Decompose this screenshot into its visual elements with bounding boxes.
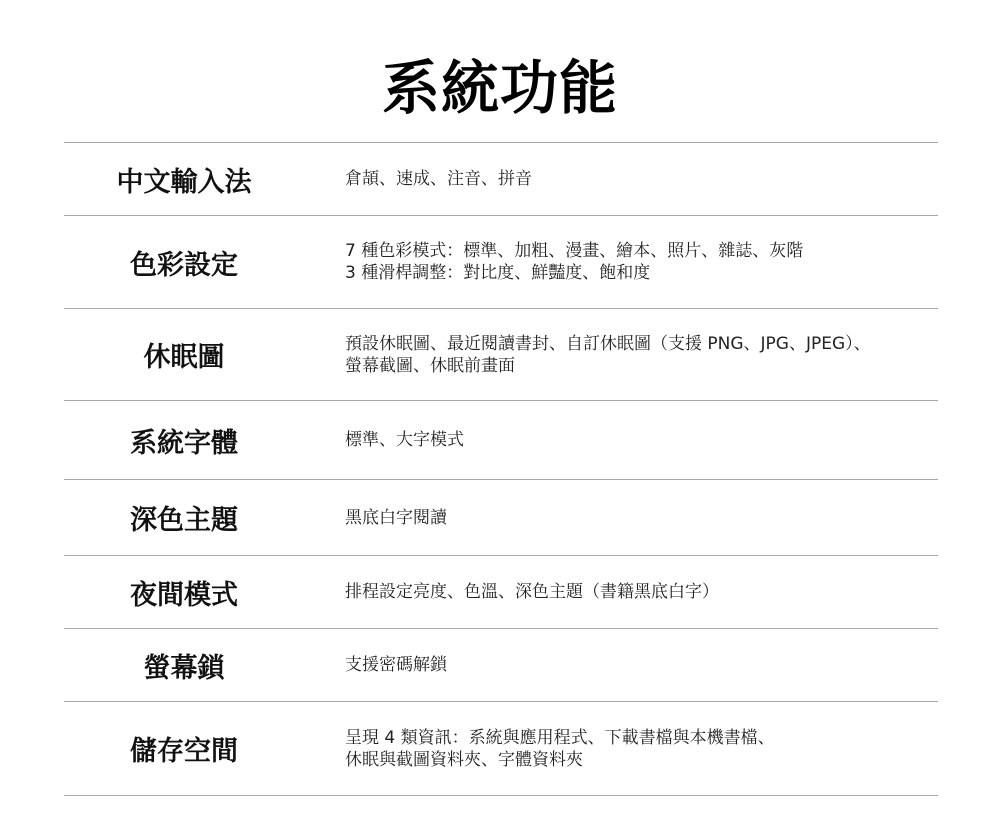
feature-description: 支援密碼解鎖 [304, 654, 447, 676]
feature-label: 螢幕鎖 [64, 646, 304, 685]
feature-label: 系統字體 [64, 421, 304, 460]
description-line: 螢幕截圖、休眠前畫面 [345, 355, 871, 377]
feature-row-dark-theme: 深色主題 黑底白字閱讀 [64, 479, 938, 555]
feature-description: 預設休眠圖、最近閱讀書封、自訂休眠圖（支援 PNG、JPG、JPEG）、 螢幕截… [304, 333, 871, 377]
feature-description: 呈現 4 類資訊：系統與應用程式、下載書檔與本機書檔、 休眠與截圖資料夾、字體資… [304, 727, 775, 771]
feature-table: 中文輸入法 倉頡、速成、注音、拼音 色彩設定 7 種色彩模式：標準、加粗、漫畫、… [64, 142, 938, 796]
feature-description: 標準、大字模式 [304, 429, 464, 451]
description-line: 倉頡、速成、注音、拼音 [345, 168, 532, 190]
description-line: 休眠與截圖資料夾、字體資料夾 [345, 749, 775, 771]
feature-row-input-method: 中文輸入法 倉頡、速成、注音、拼音 [64, 142, 938, 215]
feature-row-screen-lock: 螢幕鎖 支援密碼解鎖 [64, 628, 938, 701]
feature-label: 中文輸入法 [64, 160, 304, 199]
feature-label: 儲存空間 [64, 729, 304, 768]
description-line: 支援密碼解鎖 [345, 654, 447, 676]
description-line: 呈現 4 類資訊：系統與應用程式、下載書檔與本機書檔、 [345, 727, 775, 749]
feature-row-storage: 儲存空間 呈現 4 類資訊：系統與應用程式、下載書檔與本機書檔、 休眠與截圖資料… [64, 701, 938, 796]
feature-description: 倉頡、速成、注音、拼音 [304, 168, 532, 190]
page-title: 系統功能 [0, 48, 1000, 128]
feature-row-color-settings: 色彩設定 7 種色彩模式：標準、加粗、漫畫、繪本、照片、雜誌、灰階 3 種滑桿調… [64, 215, 938, 308]
description-line: 黑底白字閱讀 [345, 507, 447, 529]
feature-label: 色彩設定 [64, 243, 304, 282]
feature-label: 夜間模式 [64, 573, 304, 612]
feature-label: 深色主題 [64, 498, 304, 537]
description-line: 3 種滑桿調整：對比度、鮮豔度、飽和度 [345, 262, 803, 284]
description-line: 標準、大字模式 [345, 429, 464, 451]
feature-row-sleep-screen: 休眠圖 預設休眠圖、最近閱讀書封、自訂休眠圖（支援 PNG、JPG、JPEG）、… [64, 308, 938, 400]
feature-description: 排程設定亮度、色溫、深色主題（書籍黑底白字） [304, 581, 719, 603]
description-line: 預設休眠圖、最近閱讀書封、自訂休眠圖（支援 PNG、JPG、JPEG）、 [345, 333, 871, 355]
feature-description: 7 種色彩模式：標準、加粗、漫畫、繪本、照片、雜誌、灰階 3 種滑桿調整：對比度… [304, 240, 803, 284]
feature-row-night-mode: 夜間模式 排程設定亮度、色溫、深色主題（書籍黑底白字） [64, 555, 938, 628]
feature-description: 黑底白字閱讀 [304, 507, 447, 529]
feature-label: 休眠圖 [64, 335, 304, 374]
description-line: 7 種色彩模式：標準、加粗、漫畫、繪本、照片、雜誌、灰階 [345, 240, 803, 262]
feature-row-system-font: 系統字體 標準、大字模式 [64, 400, 938, 479]
description-line: 排程設定亮度、色溫、深色主題（書籍黑底白字） [345, 581, 719, 603]
